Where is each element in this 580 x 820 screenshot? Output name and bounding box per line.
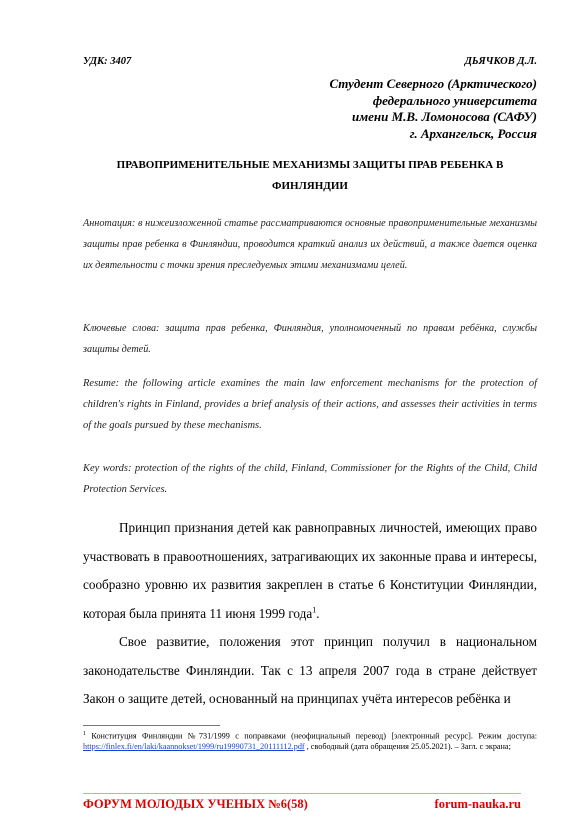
- footnote-text: Конституция Финляндии №731/1999 с поправ…: [91, 732, 537, 741]
- footnote: 1 Конституция Финляндии №731/1999 с попр…: [83, 729, 537, 753]
- body-paragraph: Свое развитие, положения этот принцип по…: [83, 628, 537, 714]
- affiliation-line: федерального университета: [329, 93, 537, 110]
- footnote-link[interactable]: https://finlex.fi/en/laki/kaannokset/199…: [83, 742, 305, 751]
- body-paragraph: Принцип признания детей как равноправных…: [83, 514, 537, 628]
- paragraph-end: .: [316, 606, 319, 621]
- abstract-russian: Аннотация: в нижеизложенной статье рассм…: [83, 213, 537, 276]
- affiliation-line: имени М.В. Ломоносова (САФУ): [329, 109, 537, 126]
- footnote-text-end: , свободный (дата обращения 25.05.2021).…: [305, 742, 511, 751]
- affiliation-line: Студент Северного (Арктического): [329, 76, 537, 93]
- footer-divider: [83, 793, 521, 794]
- affiliation-line: г. Архангельск, Россия: [329, 126, 537, 143]
- title-line: ФИНЛЯНДИИ: [83, 176, 537, 197]
- author-affiliation: Студент Северного (Арктического) федерал…: [329, 76, 537, 142]
- author-name: ДЬЯЧКОВ Д.Л.: [465, 56, 537, 67]
- resume-english: Resume: the following article examines t…: [83, 373, 537, 436]
- journal-site[interactable]: forum-nauka.ru: [435, 797, 521, 812]
- title-line: ПРАВОПРИМЕНИТЕЛЬНЫЕ МЕХАНИЗМЫ ЗАЩИТЫ ПРА…: [83, 155, 537, 176]
- footnote-number: 1: [83, 731, 86, 737]
- journal-name: ФОРУМ МОЛОДЫХ УЧЕНЫХ №6(58): [83, 797, 308, 812]
- article-body: Принцип признания детей как равноправных…: [83, 514, 537, 714]
- footnote-separator: [83, 725, 220, 726]
- article-title: ПРАВОПРИМЕНИТЕЛЬНЫЕ МЕХАНИЗМЫ ЗАЩИТЫ ПРА…: [83, 155, 537, 197]
- keywords-english: Key words: protection of the rights of t…: [83, 458, 537, 500]
- paragraph-text: Принцип признания детей как равноправных…: [83, 520, 537, 621]
- udk-code: УДК: 3407: [83, 56, 131, 67]
- document-page: УДК: 3407 ДЬЯЧКОВ Д.Л. Студент Северного…: [83, 0, 537, 820]
- keywords-russian: Ключевые слова: защита прав ребенка, Фин…: [83, 318, 537, 360]
